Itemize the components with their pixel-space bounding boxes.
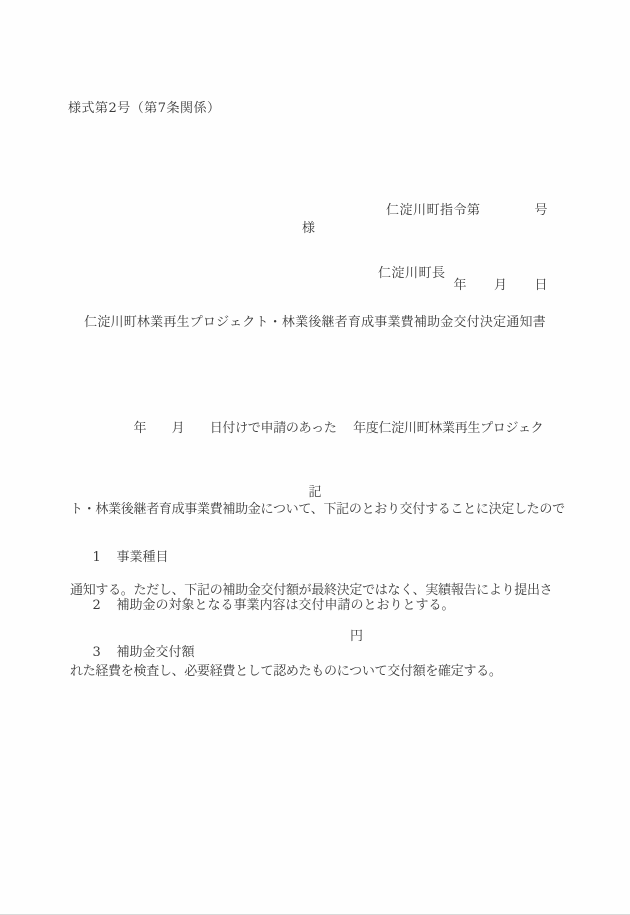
item-business-type: 1事業種目 [76,534,169,583]
document-page: 様式第2号（第7条関係） 仁淀川町指令第 号 年 月 日 様 仁淀川町長 仁淀川… [0,0,630,915]
notation-marker: 記 [0,485,630,501]
item-label: 事業種目 [117,550,169,565]
document-title: 仁淀川町林業再生プロジェクト・林業後継者育成事業費補助金交付決定通知書 [0,315,630,331]
item-subsidy-amount: 3補助金交付額 円 [76,629,195,694]
item-number: 1 [93,550,117,566]
item-label: 補助金の対象となる事業内容は交付申請のとおりとする。 [117,598,455,613]
currency-unit-label: 円 [350,629,363,645]
form-number: 様式第2号（第7条関係） [68,101,221,117]
sender-title: 仁淀川町長 [378,266,446,282]
body-line-1: 年 月 日付けで申請のあった 年度仁淀川町林業再生プロジェク [70,415,566,442]
directive-number-line: 仁淀川町指令第 号 [386,198,548,223]
item-subsidy-scope: 2補助金の対象となる事業内容は交付申請のとおりとする。 [76,582,455,631]
item-label: 補助金交付額 [117,645,195,660]
item-number: 2 [93,598,117,614]
addressee-honorific: 様 [302,221,315,237]
item-number: 3 [93,645,117,661]
